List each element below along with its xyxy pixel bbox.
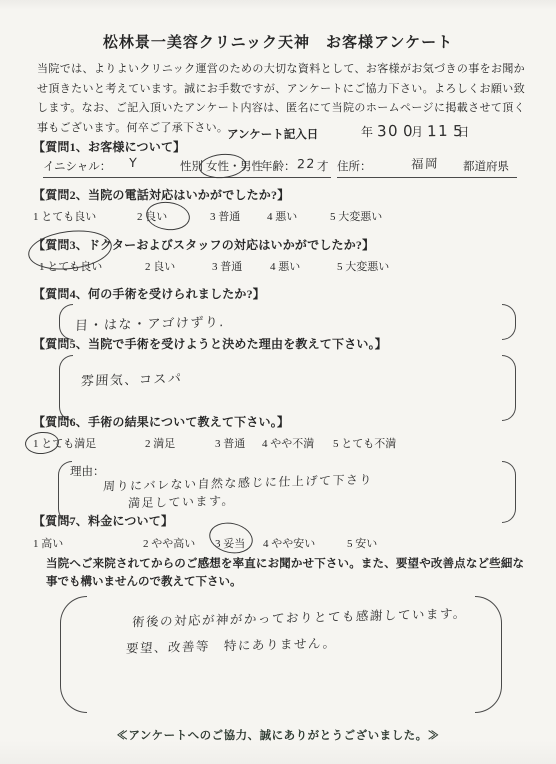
handwritten-reason-line1: 周りにバレない自然な感じに仕上げて下さり — [103, 470, 374, 494]
gender-female-text: 女性 — [206, 161, 229, 173]
page-title: 松林景一美容クリニック天神 お客様アンケート — [0, 31, 556, 52]
question-6-block: 【質問6、手術の結果について教えて下さい。】 1 とても満足 2 満足 3 普通… — [33, 413, 523, 523]
question-2-options: 1 とても良い 2 良い 3 普通 4 悪い 5 大変悪い — [33, 208, 523, 225]
question-5-block: 【質問5、当院で手術を受けようと決めた理由を教えて下さい。】 雰囲気、コスパ — [33, 335, 523, 421]
address-suffix: 都道府県 — [463, 158, 509, 174]
question-5-answer-area: 雰囲気、コスパ — [33, 355, 523, 421]
option: 5 とても不満 — [333, 435, 396, 451]
question-6-options: 1 とても満足 2 満足 3 普通 4 やや不満 5 とても不満 — [33, 435, 523, 452]
free-comment-prompt: 当院へご来院されてからのご感想を率直にお聞かせ下さい。また、要望や改善点など些細… — [46, 556, 524, 591]
question-6-heading: 【質問6、手術の結果について教えて下さい。】 — [33, 413, 523, 430]
option: 1 とても良い — [39, 258, 102, 274]
gender-option-female: 女性 — [206, 158, 229, 174]
option: 1 高い — [33, 535, 63, 551]
option: 5 大変悪い — [337, 258, 389, 274]
option: 1 とても良い — [33, 208, 96, 224]
initial-gender-field: イニシャル： Y 性別 女性 ・ 男性 — [43, 158, 283, 178]
option: 5 安い — [347, 535, 377, 551]
handwritten-comment-line1: 術後の対応が神がかっておりとても感謝しています。 — [132, 604, 468, 631]
question-7-options: 1 高い 2 やや高い 3 妥当 4 やや安い 5 安い — [33, 535, 523, 552]
free-comment-box: 術後の対応が神がかっておりとても感謝しています。 要望、改善等 特にありません。 — [60, 596, 502, 713]
question-3-options: 1 とても良い 2 良い 3 普通 4 悪い 5 大変悪い — [33, 258, 523, 275]
option: 2 良い — [145, 258, 175, 274]
gender-separator: ・ — [229, 158, 241, 174]
handwritten-address: 福岡 — [411, 153, 440, 172]
address-field: 住所： 福岡 都道府県 — [337, 158, 517, 178]
handwritten-comment-line2: 要望、改善等 特にありません。 — [126, 633, 337, 657]
age-label: 年齢： — [261, 158, 296, 174]
question-3-heading: 【質問3、ドクターおよびスタッフの対応はいかがでしたか?】 — [33, 236, 523, 253]
option: 4 悪い — [270, 258, 300, 274]
question-2-heading: 【質問2、当院の電話対応はいかがでしたか?】 — [33, 186, 523, 203]
address-label: 住所： — [337, 158, 372, 174]
question-2-block: 【質問2、当院の電話対応はいかがでしたか?】 1 とても良い 2 良い 3 普通… — [33, 186, 523, 225]
option: 1 とても満足 — [33, 435, 96, 451]
handwritten-age: 22 — [297, 156, 316, 172]
option: 5 大変悪い — [330, 208, 382, 224]
question-3-block: 【質問3、ドクターおよびスタッフの対応はいかがでしたか?】 1 とても良い 2 … — [33, 236, 523, 275]
handwritten-q4-answer: 目・はな・アゴけずり. — [75, 311, 226, 334]
question-1-heading: 【質問1、お客様について】 — [33, 138, 523, 155]
option: 2 やや高い — [143, 535, 195, 551]
question-7-heading: 【質問7、料金について】 — [33, 512, 523, 529]
gender-option-male: 男性 — [240, 158, 263, 174]
question-1-block: 【質問1、お客様について】 イニシャル： Y 性別 女性 ・ 男性 年齢： 22… — [33, 138, 523, 180]
footer-thanks: ≪アンケートへのご協力、誠にありがとうございました。≫ — [0, 727, 556, 743]
question-1-fields: イニシャル： Y 性別 女性 ・ 男性 年齢： 22 才 住所： 福岡 都道府県 — [33, 158, 523, 180]
handwritten-initial: Y — [129, 155, 139, 170]
handwritten-reason-line2: 満足しています。 — [128, 492, 236, 512]
option: 3 普通 — [212, 258, 242, 274]
bracket-right — [502, 355, 516, 421]
reason-label: 理由： — [70, 463, 105, 479]
bracket-left — [60, 596, 87, 713]
question-7-block: 【質問7、料金について】 1 高い 2 やや高い 3 妥当 4 やや安い 5 安… — [33, 512, 523, 552]
option: 2 良い — [137, 208, 167, 224]
bracket-right — [475, 596, 502, 713]
question-4-block: 【質問4、何の手術を受けられましたか?】 目・はな・アゴけずり. — [33, 285, 523, 340]
option: 3 妥当 — [215, 535, 245, 551]
handwritten-q5-answer: 雰囲気、コスパ — [81, 368, 183, 390]
question-5-heading: 【質問5、当院で手術を受けようと決めた理由を教えて下さい。】 — [33, 335, 523, 352]
initial-label: イニシャル： — [43, 158, 111, 174]
gender-label: 性別 — [180, 158, 203, 174]
option: 3 普通 — [215, 435, 245, 451]
option: 4 悪い — [267, 208, 297, 224]
bracket-left — [59, 355, 73, 421]
option: 4 やや安い — [263, 535, 315, 551]
year-character: 年 — [361, 125, 373, 139]
scanned-survey-page: 松林景一美容クリニック天神 お客様アンケート 当院では、よりよいクリニック運営の… — [0, 0, 556, 764]
option: 4 やや不満 — [262, 435, 314, 451]
age-field: 年齢： 22 才 — [261, 158, 331, 178]
option: 3 普通 — [210, 208, 240, 224]
age-unit: 才 — [317, 158, 329, 174]
option: 2 満足 — [145, 435, 175, 451]
question-4-heading: 【質問4、何の手術を受けられましたか?】 — [33, 285, 523, 302]
